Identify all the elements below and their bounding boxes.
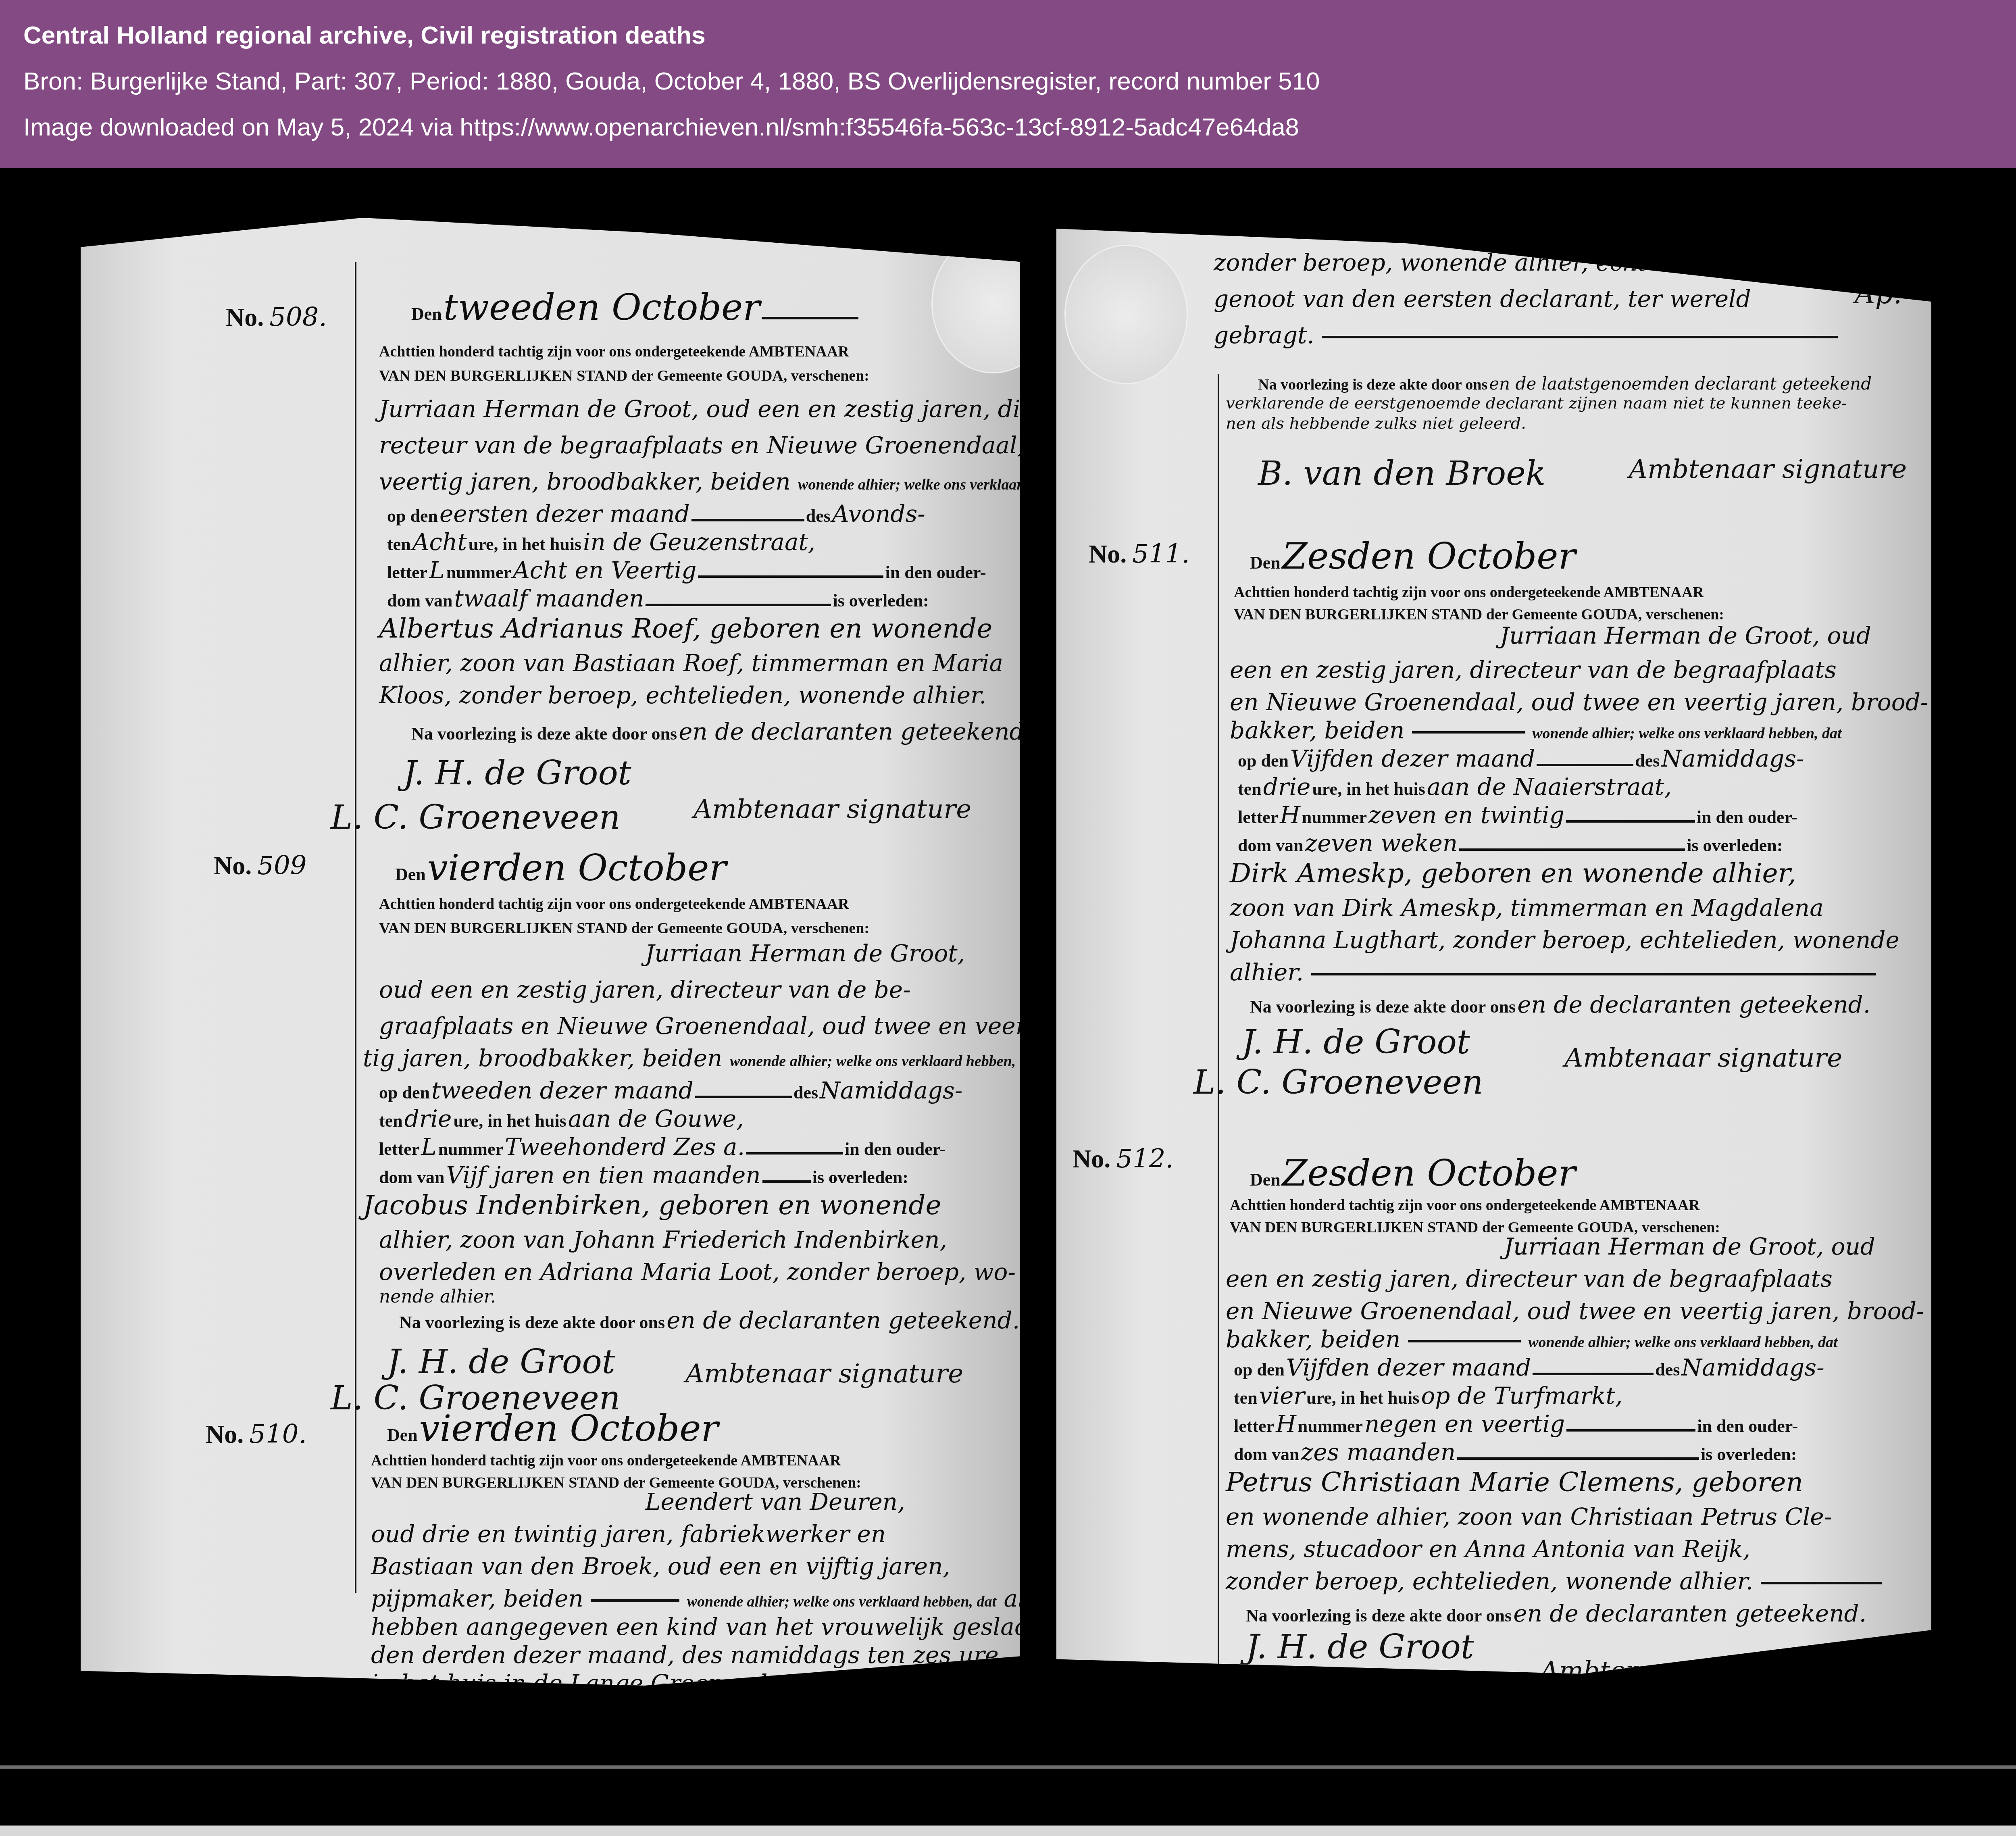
record-date: vierden October — [419, 1407, 719, 1450]
right-page: zonder beroep, wonende alhier, echt- gen… — [1056, 229, 1931, 1688]
record-number: No.510. — [206, 1419, 307, 1449]
deceased-name: Petrus Christiaan Marie Clemens, geboren — [1226, 1467, 1803, 1498]
deceased-name: Jacobus Indenbirken, geboren en wonende — [363, 1190, 941, 1221]
scanned-register-image: No.508. Den tweeden October Achttien hon… — [0, 168, 2016, 1836]
signature-ambtenaar: Ambtenaar signature — [1564, 1043, 1842, 1073]
signature-de-groot: J. H. de Groot — [1242, 1023, 1470, 1061]
record-date: Zesden October — [1282, 535, 1576, 577]
signature-ambtenaar: Ambtenaar signature — [1629, 454, 1907, 484]
signature-ambtenaar: Ambtenaar signature — [694, 794, 971, 824]
download-info: Image downloaded on May 5, 2024 via http… — [23, 113, 1299, 142]
signature-de-groot: J. H. de Groot — [387, 1343, 615, 1381]
record-number: No.508. — [226, 302, 327, 332]
deceased-name: Albertus Adrianus Roef, geboren en wonen… — [379, 613, 992, 644]
signature-ambtenaar: Ambtenaar signature — [685, 1359, 963, 1389]
embossed-seal-icon — [1064, 245, 1188, 384]
source-citation: Bron: Burgerlijke Stand, Part: 307, Peri… — [23, 67, 1320, 96]
signature-de-groot: J. H. de Groot — [1246, 1628, 1474, 1666]
record-number: No.512. — [1073, 1144, 1174, 1174]
footer-bar — [0, 1826, 2016, 1836]
record-number: No.511. — [1089, 539, 1190, 569]
signature-de-groot: J. H. de Groot — [403, 754, 631, 792]
signature-van-den-broek: B. van den Broek — [1258, 454, 1545, 493]
record-number: No.509 — [214, 851, 306, 881]
deceased-name: Dirk Ameskp, geboren en wonende alhier, — [1230, 858, 1796, 889]
margin-rule — [1218, 374, 1219, 1684]
record-date: tweeden October — [444, 286, 760, 329]
archive-header: Central Holland regional archive, Civil … — [0, 0, 2016, 168]
signature-groeneveen: L. C. Groeneveen — [331, 798, 621, 837]
signature-ambtenaar: Ambtenaar signature — [1540, 1656, 1818, 1686]
record-date: vierden October — [427, 847, 727, 889]
viewer-divider — [0, 1765, 2016, 1769]
left-page: No.508. Den tweeden October Achttien hon… — [81, 218, 1020, 1686]
archive-title: Central Holland regional archive, Civil … — [23, 21, 706, 50]
record-date: Zesden October — [1282, 1152, 1576, 1194]
margin-annotation: Ap. — [1855, 277, 1902, 310]
signature-groeneveen: L. C. Groeneveen — [1181, 1664, 1471, 1703]
signature-groeneveen: L. C. Groeneveen — [1193, 1063, 1483, 1102]
embossed-seal-icon — [931, 234, 1055, 373]
